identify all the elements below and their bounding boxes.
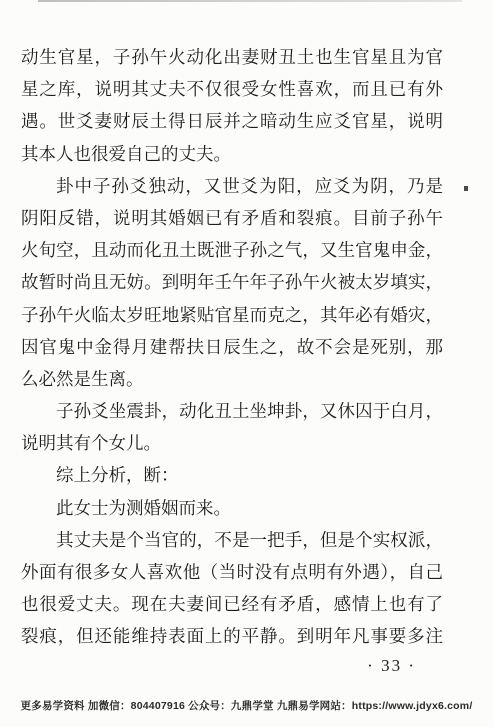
text-line: 阴阳反错，说明其婚姻已有矛盾和裂痕。目前子孙午 (21, 202, 443, 234)
footer-promo-text: 更多易学资料 加微信：804407916 公众号：九鼎学堂 九鼎易学网站：htt… (0, 698, 493, 713)
text-line: 综上分析，断： (21, 459, 443, 491)
text-line: 星之库，说明其丈夫不仅很受女性喜欢，而且已有外 (21, 73, 443, 105)
text-line: 故暂时尚且无妨。到明年壬午年子孙午火被太岁填实， (21, 266, 443, 298)
book-page: 动生官星，子孙午火动化出妻财丑土也生官星且为官 星之库，说明其丈夫不仅很受女性喜… (0, 0, 493, 727)
scan-shadow-top-edge (38, 0, 462, 2)
scan-mark-right-edge (464, 186, 468, 191)
body-text: 动生官星，子孙午火动化出妻财丑土也生官星且为官 星之库，说明其丈夫不仅很受女性喜… (21, 41, 443, 653)
text-line: 遇。世爻妻财辰土得日辰并之暗动生应爻官星，说明 (21, 105, 443, 137)
page-number: · 33 · (0, 655, 416, 677)
text-line: 子孙爻坐震卦，动化丑土坐坤卦，又休囚于白月， (21, 395, 443, 427)
text-line: 子孙午火临太岁旺地紧贴官星而克之，其年必有婚灾， (21, 299, 443, 331)
text-line: 卦中子孙爻独动，又世爻为阳，应爻为阴，乃是 (21, 170, 443, 202)
text-line: 此女士为测婚姻而来。 (21, 492, 443, 524)
text-line: 也很爱丈夫。现在夫妻间已经有矛盾，感情上也有了 (21, 588, 443, 620)
text-line: 火旬空，且动而化丑土既泄子孙之气，又生官鬼申金， (21, 234, 443, 266)
text-line: 说明其有个女儿。 (21, 427, 443, 459)
text-line: 其丈夫是个当官的，不是一把手，但是个实权派， (21, 524, 443, 556)
text-line: 动生官星，子孙午火动化出妻财丑土也生官星且为官 (21, 41, 443, 73)
text-line: 外面有很多女人喜欢他（当时没有点明有外遇），自己 (21, 556, 443, 588)
text-line: 因官鬼中金得月建帮扶日辰生之，故不会是死别，那 (21, 331, 443, 363)
text-line: 其本人也很爱自己的丈夫。 (21, 138, 443, 170)
text-line: 么必然是生离。 (21, 363, 443, 395)
text-line: 裂痕，但还能维持表面上的平静。到明年凡事要多注 (21, 620, 443, 652)
